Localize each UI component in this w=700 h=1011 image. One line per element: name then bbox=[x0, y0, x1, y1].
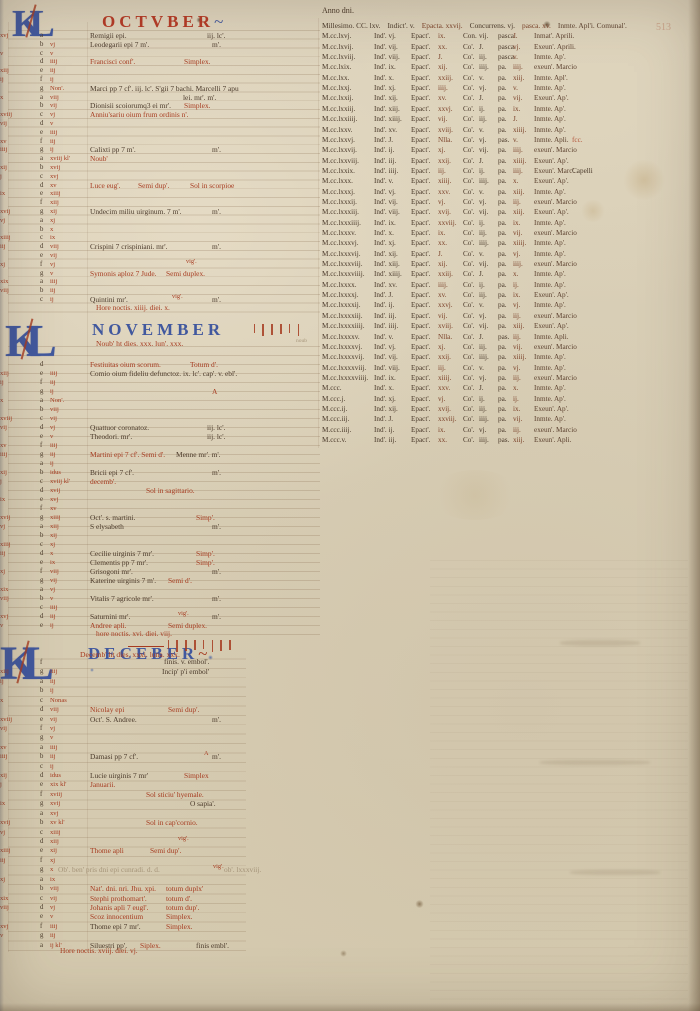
cell-epact-label: Epact'. bbox=[411, 31, 438, 41]
stain bbox=[415, 900, 424, 908]
cell-concurrent-label: Co'. bbox=[463, 425, 479, 435]
margin-dominical-letter: a bbox=[40, 941, 43, 950]
margin-day-number: xij bbox=[50, 531, 88, 540]
margin-dominical-letter: g bbox=[40, 733, 43, 742]
table-row: M.ccc.j.Ind'. xj.Epact'.vj.Co'.ij.pa.ij.… bbox=[322, 394, 566, 404]
cell-pascha: x. bbox=[513, 383, 534, 393]
tick-mark bbox=[254, 324, 256, 333]
calendar-day-row: vcv bbox=[0, 49, 340, 58]
cell-concurrent-label: Co'. bbox=[463, 238, 479, 248]
cell-pascha: iiij. bbox=[513, 259, 534, 269]
calendar-day-row: xjfvjvig'. bbox=[0, 260, 340, 269]
cell-easter-note: Exeun'. Ap'. bbox=[534, 321, 569, 331]
calendar-entry-text: Simplex. bbox=[166, 922, 192, 931]
margin-day-number: xvij bbox=[50, 486, 88, 495]
margin-dominical-letter: d bbox=[40, 771, 43, 780]
cell-pascha: xiij. bbox=[513, 321, 534, 331]
margin-day-number: ij bbox=[50, 145, 88, 154]
calendar-day-row: viijdvjJohanis apli 7 eugl'.totum dup'. bbox=[0, 903, 340, 912]
cell-easter-note: Inmte. Ap'. bbox=[534, 104, 566, 114]
margin-dominical-letter: d bbox=[40, 423, 43, 432]
margin-day-number: xviij kl' bbox=[50, 154, 88, 163]
table-row: M.ccc.ij.Ind'. xij.Epact'.xvij.Co'.iij.p… bbox=[322, 404, 569, 414]
cell-epact-label: Epact'. bbox=[411, 187, 438, 197]
cell-concurrent: v. bbox=[479, 300, 498, 310]
cell-pascha-label: pa. bbox=[498, 383, 513, 393]
cell-pascha: iij. bbox=[513, 425, 534, 435]
margin-day-number: ix bbox=[50, 233, 88, 242]
margin-day-number: iij bbox=[50, 677, 88, 686]
cell-indiction: Ind'. ix. bbox=[374, 373, 411, 383]
margin-dominical-letter: e bbox=[40, 780, 43, 789]
cell-pascha-label: pa. bbox=[498, 363, 513, 373]
cell-pascha: iiij. bbox=[513, 145, 534, 155]
page-edge-left bbox=[0, 0, 4, 1011]
calendar-day-row: evScoz innocentiumSimplex. bbox=[0, 912, 340, 921]
calendar-entry-text: Grisogoni mr'. bbox=[90, 567, 133, 576]
cell-pascha: iiij. bbox=[513, 62, 534, 72]
calendar-day-row: vijdvjQuattuor coronatoz.iij. lc'. bbox=[0, 423, 340, 432]
margin-dominical-letter: e bbox=[40, 369, 43, 378]
cell-concurrent-label: Co'. bbox=[463, 207, 479, 217]
margin-day-number: vj bbox=[50, 40, 88, 49]
calendar-day-row: xaviijlei. mr'. m'. bbox=[0, 93, 340, 102]
calendar-entry-text: Noub' bbox=[90, 154, 108, 163]
table-row: M.cc.lxxxxj.Ind'. J.Epact'.xv.Co'.iij.pa… bbox=[322, 290, 569, 300]
margin-day-number: xiij bbox=[50, 837, 88, 846]
calendar-day-row: iiijbiijDamasi pp 7 cf'.Am'. bbox=[0, 752, 340, 761]
cell-indiction: Ind'. vij. bbox=[374, 197, 411, 207]
margin-day-number: iij bbox=[50, 612, 88, 621]
calendar-entry-text: Calixti pp 7 m'. bbox=[90, 145, 136, 154]
margin-dominical-letter: b bbox=[40, 468, 43, 477]
calendar-entry-text: m'. bbox=[212, 295, 221, 304]
cell-concurrent-label: Co'. bbox=[463, 228, 479, 238]
cell-concurrent: vij. bbox=[479, 145, 498, 155]
cell-pascha: vij. bbox=[513, 93, 534, 103]
calendar-entry-text: Saturnini mr'. bbox=[90, 612, 130, 621]
cell-indiction: Ind'. xiiij. bbox=[374, 269, 411, 279]
margin-dominical-letter: e bbox=[40, 66, 43, 75]
margin-day-number: iiij bbox=[50, 743, 88, 752]
calendar-entry-text: totum dup'. bbox=[166, 903, 199, 912]
cell-pascha-label: pas. bbox=[498, 332, 513, 342]
calendar-day-row: jexix kl'Januarii. bbox=[0, 780, 340, 789]
cell-pascha-label: pa. bbox=[498, 207, 513, 217]
cell-epact-label: Epact'. bbox=[411, 435, 438, 445]
calendar-day-row: vjaxiijS elysabethm'. bbox=[0, 522, 340, 531]
margin-day-number: ij bbox=[50, 621, 88, 630]
calendar-day-row: xvijbxv kl'Sol in cap'cornio. bbox=[0, 818, 340, 827]
table-row: M.cc.lxxij.Ind'. xij.Epact'.xv.Co'.J.pa.… bbox=[322, 93, 569, 103]
margin-day-number: xiiij bbox=[50, 189, 88, 198]
margin-day-number: idus bbox=[50, 468, 88, 477]
cell-pascha-label: pa. bbox=[498, 197, 513, 207]
margin-dominical-letter: f bbox=[40, 198, 42, 207]
margin-dominical-letter: a bbox=[40, 743, 43, 752]
cell-pascha: iij. bbox=[513, 373, 534, 383]
calendar-entry-text: Clementis pp 7 mr'. bbox=[90, 558, 148, 567]
margin-day-number: v bbox=[50, 269, 88, 278]
cell-pascha: ix. bbox=[513, 218, 534, 228]
cell-concurrent: J. bbox=[479, 93, 498, 103]
calendar-entry-text: Sol in scorpioe bbox=[190, 181, 234, 190]
cell-epact-label: Epact'. bbox=[411, 228, 438, 238]
margin-dominical-letter: e bbox=[40, 846, 43, 855]
cell-concurrent: J. bbox=[479, 383, 498, 393]
margin-dominical-letter: c bbox=[40, 540, 43, 549]
calendar-entry-text: Lucie uirginis 7 mr' bbox=[90, 771, 148, 780]
cell-pascha: ix. bbox=[513, 104, 534, 114]
calendar-day-row: ciiij bbox=[0, 603, 340, 612]
calendar-day-row: gNon'.Marci pp 7 cf'. iij. lc'. S'gii 7 … bbox=[0, 84, 340, 93]
margin-day-number: ij bbox=[50, 75, 88, 84]
cell-pascha: ix. bbox=[513, 290, 534, 300]
cell-concurrent: iij. bbox=[479, 290, 498, 300]
cell-epact-label: Epact'. bbox=[411, 83, 438, 93]
calendar-entry-text: A bbox=[204, 749, 209, 758]
cell-easter-note: Inmat'. Aprili. bbox=[534, 31, 574, 41]
table-row: M.cc.lxxxxiij.Ind'. iij.Epact'.vij.Co'.v… bbox=[322, 311, 577, 321]
calendar-entry-text: Quattuor coronatoz. bbox=[90, 423, 149, 432]
calendar-day-row: xvjfiiijThome epi 7 mr'.Simplex. bbox=[0, 922, 340, 931]
margin-day-number: xj bbox=[50, 856, 88, 865]
cell-concurrent: iij. bbox=[479, 52, 498, 62]
calendar-day-row: bvjLeodegarii epi 7 m'.m'. bbox=[0, 40, 340, 49]
margin-dominical-letter: b bbox=[40, 286, 43, 295]
cell-pascha: xiij. bbox=[513, 187, 534, 197]
table-cell: Indict'. v. bbox=[387, 21, 414, 31]
calendar-day-row: aij bbox=[0, 459, 340, 468]
cell-concurrent-label: Co'. bbox=[463, 62, 479, 72]
cell-epact-label: Epact'. bbox=[411, 125, 438, 135]
cell-indiction: Ind'. viij. bbox=[374, 363, 411, 373]
calendar-day-row: gvSymonis aploz 7 Jude.Semi duplex. bbox=[0, 269, 340, 278]
calendar-day-row: ixgxvijO sapia'. bbox=[0, 799, 340, 808]
cell-indiction: Ind'. xv. bbox=[374, 125, 411, 135]
margin-day-number: vij bbox=[50, 414, 88, 423]
calendar-entry-text: m'. bbox=[212, 207, 221, 216]
folio-number: 513 bbox=[656, 22, 671, 33]
tick-mark bbox=[185, 640, 187, 651]
cell-year: M.cc.lxxxxvj. bbox=[322, 342, 374, 352]
calendar-entry-text: Simplex. bbox=[184, 57, 210, 66]
margin-dominical-letter: a bbox=[40, 522, 43, 531]
margin-day-number: viij bbox=[50, 567, 88, 576]
manuscript-page: Anno dni. Millesimo. CC. lxv.Indict'. v.… bbox=[0, 0, 700, 1011]
cell-pascha: xiiij. bbox=[513, 125, 534, 135]
cell-pascha-label: pa. bbox=[498, 352, 513, 362]
cell-pascha: xiij. bbox=[513, 435, 534, 445]
calendar-day-row: xvijgxiiijOct'. s. martini.Simp'. bbox=[0, 513, 340, 522]
margin-day-number: ij bbox=[50, 387, 88, 396]
calendar-entry-text: Vitalis 7 agricole mr'. bbox=[90, 594, 154, 603]
cell-pascha-label: pa. bbox=[498, 290, 513, 300]
abbreviation-macron bbox=[128, 646, 164, 647]
cell-concurrent: J. bbox=[479, 269, 498, 279]
margin-day-number: iiij bbox=[50, 922, 88, 931]
margin-dominical-letter: c bbox=[40, 762, 43, 771]
calendar-day-row: xviijevijOct'. S. Andree.m'. bbox=[0, 715, 340, 724]
calendar-day-row: xixavj bbox=[0, 585, 340, 594]
cell-epact: xxvj. bbox=[438, 300, 463, 310]
cell-pascha: iij. bbox=[513, 332, 534, 342]
margin-dominical-letter: g bbox=[40, 667, 43, 676]
cell-indiction: Ind'. ij. bbox=[374, 145, 411, 155]
margin-day-number: xvj bbox=[50, 172, 88, 181]
cell-pascha: ij. bbox=[513, 280, 534, 290]
table-row: M.ccc.Ind'. x.Epact'.xxv.Co'.J.pa.x.Inmt… bbox=[322, 383, 566, 393]
calendar-entry-text: Marci pp 7 cf'. iij. lc'. S'gii 7 bachi.… bbox=[90, 84, 239, 93]
tick-mark bbox=[280, 324, 282, 334]
cell-pascha-label: pa. bbox=[498, 166, 513, 176]
calendar-entry-text: iij. lc'. bbox=[207, 432, 225, 441]
table-row: M.cc.lxxiij.Ind'. xiij.Epact'.xxvj.Co'.i… bbox=[322, 104, 566, 114]
cell-easter-note: Inmte. Ap'. bbox=[534, 218, 566, 228]
cell-easter-note: Inmte. Ap'. bbox=[534, 300, 566, 310]
margin-dominical-letter: e bbox=[40, 495, 43, 504]
calendar-entry-text: Simplex. bbox=[184, 101, 210, 110]
cell-easter-note: Inmte. Ap'. bbox=[534, 352, 566, 362]
calendar-entry-text: Johanis apli 7 eugl'. bbox=[90, 903, 148, 912]
calendar-day-row: dxiijvig'. bbox=[0, 837, 340, 846]
calendar-entry-text: Stephi prothomart'. bbox=[90, 894, 147, 903]
cell-pascha-label: pa. bbox=[498, 300, 513, 310]
cell-epact: xx. bbox=[438, 435, 463, 445]
cell-concurrent-label: Co'. bbox=[463, 218, 479, 228]
margin-dominical-letter: c bbox=[40, 295, 43, 304]
cell-pascha-label: pa. bbox=[498, 342, 513, 352]
cell-epact: vij. bbox=[438, 114, 463, 124]
cell-epact: xvij. bbox=[438, 404, 463, 414]
cell-indiction: Ind'. iij. bbox=[374, 156, 411, 166]
hours-note-october: Hore noctis. xiiij. diei. x. bbox=[96, 303, 170, 312]
calendar-entry-text: Semi dup'. bbox=[168, 705, 199, 714]
margin-dominical-letter: e bbox=[40, 715, 43, 724]
cell-indiction: Ind'. iiij. bbox=[374, 321, 411, 331]
margin-dominical-letter: g bbox=[40, 450, 43, 459]
calendar-entry-text: Dionisii scoiorumq3 ei mr'. bbox=[90, 101, 171, 110]
margin-dominical-letter: d bbox=[40, 612, 43, 621]
cell-concurrent-label: Co'. bbox=[463, 187, 479, 197]
cell-easter-note: exeun'. Marcio bbox=[534, 259, 577, 269]
calendar-entry-text: Cecilie uirginis 7 mr'. bbox=[90, 549, 154, 558]
cell-concurrent-label: Co'. bbox=[463, 42, 479, 52]
margin-day-number: xiiij bbox=[50, 828, 88, 837]
margin-day-number: iij bbox=[50, 752, 88, 761]
margin-dominical-letter: d bbox=[40, 57, 43, 66]
calendar-entry-text: Oct'. S. Andree. bbox=[90, 715, 137, 724]
margin-dominical-letter: d bbox=[40, 903, 43, 912]
cell-concurrent: ij. bbox=[479, 104, 498, 114]
calendar-entry-text: A bbox=[212, 387, 217, 396]
cell-concurrent-label: Co'. bbox=[463, 414, 479, 424]
calendar-day-row: gxOb'. ben' pris dni epi cunradi. d. d.v… bbox=[0, 865, 340, 874]
calendar-day-row: dFestiuitas oium scorum.Totum d'. bbox=[0, 360, 340, 369]
cell-easter-note: Inmte. Apl'. bbox=[534, 73, 568, 83]
margin-dominical-letter: g bbox=[40, 269, 43, 278]
cell-pascha-label: pa. bbox=[498, 394, 513, 404]
cell-concurrent-label: Co'. bbox=[463, 332, 479, 342]
calendar-entry-text: Ob'. ben' pris dni epi cunradi. d. d. bbox=[58, 865, 160, 874]
margin-day-number: xvij bbox=[50, 799, 88, 808]
cell-indiction: Ind'. xv. bbox=[374, 280, 411, 290]
margin-dominical-letter: c bbox=[40, 477, 43, 486]
cell-concurrent-label: Co'. bbox=[463, 135, 479, 145]
calendar-entry-text: Comio oium fideliu defunctoz. ix. lc'. c… bbox=[90, 369, 237, 378]
page-edge-bottom bbox=[0, 1003, 700, 1011]
calendar-entry-text: Sol sticiu' hyemale. bbox=[146, 790, 204, 799]
margin-day-number: xv kl' bbox=[50, 818, 88, 827]
margin-dominical-letter: f bbox=[40, 856, 42, 865]
margin-day-number: iiij bbox=[50, 128, 88, 137]
calendar-day-row: vgiij bbox=[0, 931, 340, 940]
cell-concurrent: ij. bbox=[479, 218, 498, 228]
table-row: M.ccc.iiij.Ind'. ij.Epact'.ix.Co'.vj.pa.… bbox=[322, 425, 577, 435]
calendar-entry-text: Undecim miliu uirginum. 7 m'. bbox=[90, 207, 182, 216]
table-row: M.ccc.v.Ind'. iij.Epact'.xx.Co'.iiij.pas… bbox=[322, 435, 571, 445]
calendar-day-row: bxij bbox=[0, 531, 340, 540]
cell-indiction: Ind'. vj. bbox=[374, 31, 411, 41]
calendar-entry-text: Semi d'. bbox=[168, 576, 192, 585]
cell-concurrent-label: Co'. bbox=[463, 394, 479, 404]
cell-concurrent: vj. bbox=[479, 135, 498, 145]
cell-epact-label: Epact'. bbox=[411, 352, 438, 362]
cell-year: M.cc.lxxxxiij. bbox=[322, 311, 374, 321]
margin-dominical-letter: e bbox=[40, 558, 43, 567]
cell-easter-note: Inmte. Ap'. bbox=[534, 394, 566, 404]
cell-easter-note: Inmte. Ap'. bbox=[534, 280, 566, 290]
cell-epact: xxiij. bbox=[438, 73, 463, 83]
tick-mark bbox=[229, 640, 231, 650]
calendar-day-row: xixcvijStephi prothomart'.totum d'. bbox=[0, 894, 340, 903]
cell-epact: xxij. bbox=[438, 352, 463, 362]
cell-epact: iiij. bbox=[438, 83, 463, 93]
margin-dominical-letter: c bbox=[40, 696, 43, 705]
cell-easter-note: Exeun'. Ap'. bbox=[534, 290, 569, 300]
calendar-entry-text: vig'. bbox=[178, 609, 189, 618]
table-row: M.cc.lxxxxvij.Ind'. vij.Epact'.xxij.Co'.… bbox=[322, 352, 566, 362]
calendar-day-row: xiiijexijThome apliSemi dup'. bbox=[0, 846, 340, 855]
calendar-entry-text: Anniu'sariu oium frum ordinis n'. bbox=[90, 110, 189, 119]
cell-indiction: Ind'. xiiij. bbox=[374, 114, 411, 124]
table-row: M.cc.lxxiiij.Ind'. xiiij.Epact'.vij.Co'.… bbox=[322, 114, 566, 124]
margin-day-number: xiiij bbox=[50, 513, 88, 522]
margin-dominical-letter: g bbox=[40, 513, 43, 522]
margin-dominical-letter: a bbox=[40, 277, 43, 286]
margin-day-number: v bbox=[50, 912, 88, 921]
cell-pascha-label: pa. bbox=[498, 176, 513, 186]
calendar-entry-text: m'. bbox=[212, 612, 221, 621]
cell-concurrent: iiij. bbox=[479, 176, 498, 186]
table-cell: Inmte. Apl'i. Comunal'. bbox=[558, 21, 627, 31]
cell-epact-label: Epact'. bbox=[411, 93, 438, 103]
cell-concurrent: iiij. bbox=[479, 435, 498, 445]
cell-pascha-label: pa. bbox=[498, 280, 513, 290]
calendar-day-row: bvijDionisii scoiorumq3 ei mr'.Simplex. bbox=[0, 101, 340, 110]
table-row: M.cc.lxvij.Ind'. vij.Epact'.xx.Co'.J.pas… bbox=[322, 42, 576, 52]
margin-day-number: Nonas bbox=[50, 696, 88, 705]
month-title-october: OCTVBER~ bbox=[102, 12, 223, 32]
margin-dominical-letter: d bbox=[40, 549, 43, 558]
margin-day-number: vj bbox=[50, 724, 88, 733]
cell-pascha: xiiij. bbox=[513, 156, 534, 166]
table-heading: Anno dni. bbox=[322, 6, 354, 15]
cell-easter-note: Inmte. Ap'. bbox=[534, 83, 566, 93]
cell-epact-label: Epact'. bbox=[411, 156, 438, 166]
margin-dominical-letter: a bbox=[40, 875, 43, 884]
cell-pascha-label: pa. bbox=[498, 311, 513, 321]
cell-concurrent: vj. bbox=[479, 425, 498, 435]
cell-epact: xxviij. bbox=[438, 414, 463, 424]
cell-indiction: Ind'. xij. bbox=[374, 404, 411, 414]
cell-concurrent: iiij. bbox=[479, 62, 498, 72]
cell-concurrent: v. bbox=[479, 187, 498, 197]
cell-concurrent-label: Co'. bbox=[463, 73, 479, 83]
margin-dominical-letter: e bbox=[40, 128, 43, 137]
calendar-day-row: ijaiij bbox=[0, 677, 340, 686]
cell-pascha-label: pa. bbox=[498, 187, 513, 197]
cell-easter-note: Exeun'. Ap'. bbox=[534, 207, 569, 217]
cell-concurrent: v. bbox=[479, 73, 498, 83]
cell-epact: xxviij. bbox=[438, 218, 463, 228]
margin-dominical-letter: e bbox=[40, 251, 43, 260]
margin-dominical-letter: f bbox=[40, 441, 42, 450]
cell-easter-note: Inmte. Ap'. bbox=[534, 249, 566, 259]
calendar-day-row: iiijgijCalixti pp 7 m'.m'. bbox=[0, 145, 340, 154]
calendar-day-row: fxiij bbox=[0, 198, 340, 207]
cell-epact-label: Epact'. bbox=[411, 259, 438, 269]
month-title-text: NOVEMBER bbox=[92, 320, 224, 339]
cell-epact: vj. bbox=[438, 197, 463, 207]
calendar-day-row: gijA bbox=[0, 387, 340, 396]
calendar-entry-text: m'. bbox=[212, 522, 221, 531]
cell-concurrent: iiij. bbox=[479, 238, 498, 248]
cell-epact-label: Epact'. bbox=[411, 363, 438, 373]
margin-dominical-letter: b bbox=[40, 405, 43, 414]
calendar-day-row: xijdidusLucie uirginis 7 mr'Simplex bbox=[0, 771, 340, 780]
table-row: M.cc.lxxj.Ind'. xj.Epact'.iiij.Co'.vj.pa… bbox=[322, 83, 566, 93]
cell-indiction: Ind'. x. bbox=[374, 383, 411, 393]
cell-epact: ix. bbox=[438, 228, 463, 238]
cell-pascha-label: pa. bbox=[498, 249, 513, 259]
calendar-entry-text: O sapia'. bbox=[190, 799, 216, 808]
table-row: M.cc.lxxxj.Ind'. vj.Epact'.xxv.Co'.v.pa.… bbox=[322, 187, 566, 197]
margin-day-number: xviij bbox=[50, 790, 88, 799]
cell-concurrent-label: Co'. bbox=[463, 259, 479, 269]
cell-concurrent-label: Co'. bbox=[463, 342, 479, 352]
cell-pascha: vj. bbox=[513, 249, 534, 259]
calendar-day-row: xaNon'. bbox=[0, 396, 340, 405]
cell-concurrent-label: Co'. bbox=[463, 145, 479, 155]
cell-epact-label: Epact'. bbox=[411, 332, 438, 342]
table-row: M.cc.lxxxxvj.Ind'. vj.Epact'.xj.Co'.iij.… bbox=[322, 342, 577, 352]
calendar-entry-text: totum d'. bbox=[166, 894, 192, 903]
cell-indiction: Ind'. xj. bbox=[374, 83, 411, 93]
cell-epact-label: Epact'. bbox=[411, 52, 438, 62]
cell-pascha-label: pasca. bbox=[498, 31, 513, 41]
calendar-day-row: f bbox=[0, 658, 340, 667]
cell-easter-note: exeun'. Marcio bbox=[534, 228, 577, 238]
margin-day-number: vij bbox=[50, 101, 88, 110]
cell-concurrent-label: Co'. bbox=[463, 125, 479, 135]
calendar-entry-text: m'. bbox=[212, 468, 221, 477]
cell-easter-note: Inmte. Ap'. bbox=[534, 383, 566, 393]
margin-day-number: viij bbox=[50, 93, 88, 102]
margin-dominical-letter: b bbox=[40, 101, 43, 110]
cell-epact: vij. bbox=[438, 311, 463, 321]
cell-pascha: x. bbox=[513, 269, 534, 279]
